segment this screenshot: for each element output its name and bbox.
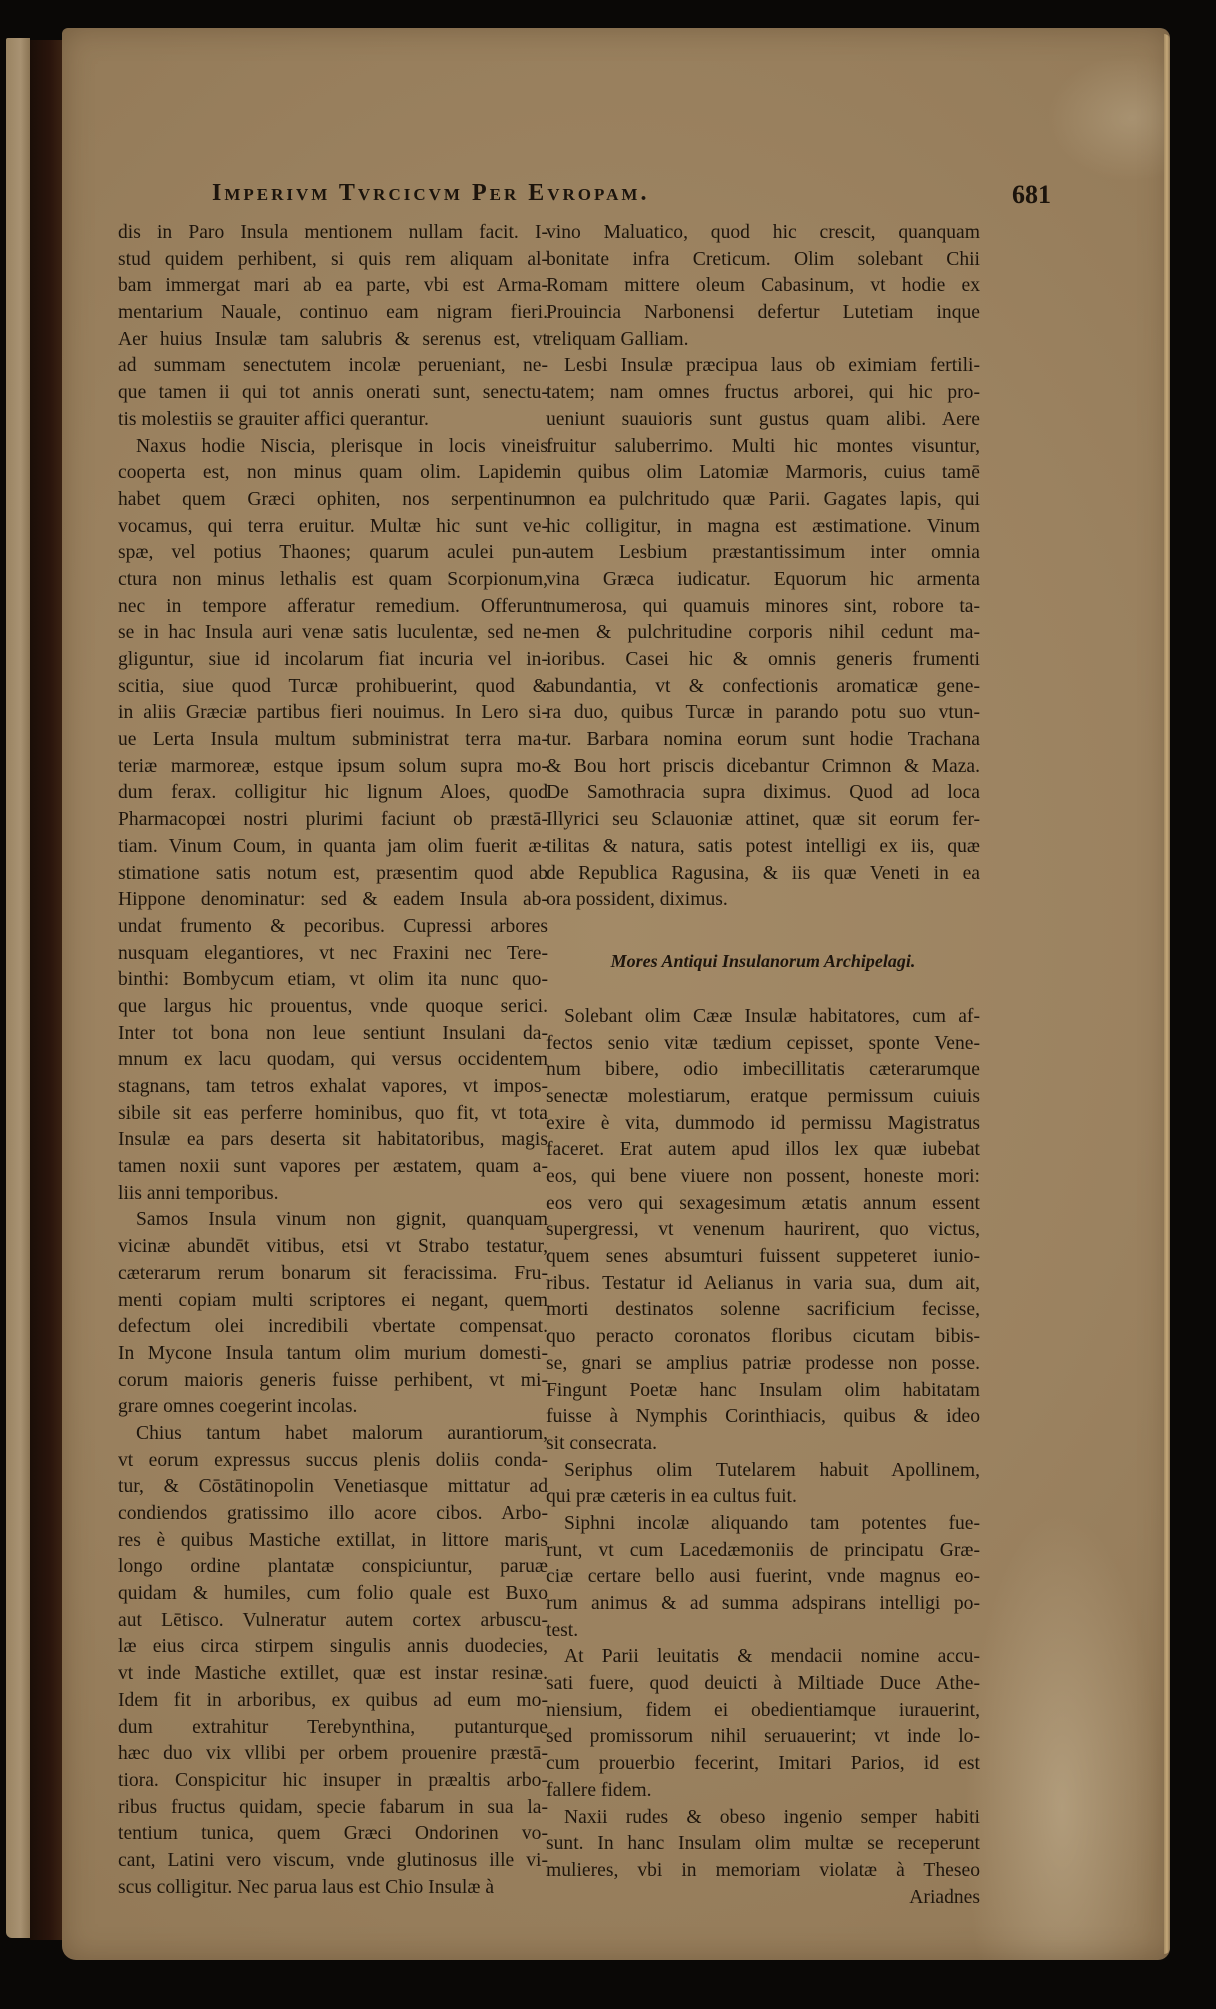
text-line: qui præ cæteris in ea cultus fuit. — [546, 1484, 980, 1511]
text-line: cant, Latini vero viscum, vnde glutinosu… — [118, 1848, 548, 1875]
text-line: De Samothracia supra diximus. Quod ad lo… — [546, 780, 980, 807]
catchword: Ariadnes — [546, 1885, 980, 1912]
text-line: ciæ certare bello ausi fuerint, vnde mag… — [546, 1564, 980, 1591]
text-line: de Republica Ragusina, & iis quæ Veneti … — [546, 861, 980, 888]
text-line: & Bou hort priscis dicebantur Crimnon & … — [546, 754, 980, 781]
text-line: aut Lētisco. Vulneratur autem cortex arb… — [118, 1608, 548, 1635]
text-line: stagnans, tam tetros exhalat vapores, vt… — [118, 1074, 548, 1101]
text-line: ueniunt suauioris sunt gustus quam alibi… — [546, 407, 980, 434]
text-line: cum prouerbio fecerint, Imitari Parios, … — [546, 1751, 980, 1778]
text-line: stimatione satis notum est, præsentim qu… — [118, 861, 548, 888]
text-line: stud quidem perhibent, si quis rem aliqu… — [118, 247, 548, 274]
text-line: num bibere, odio imbecillitatis cæteraru… — [546, 1057, 980, 1084]
text-line: ioribus. Casei hic & omnis generis frume… — [546, 647, 980, 674]
text-line: liis anni temporibus. — [118, 1181, 548, 1208]
text-line: tiam. Vinum Coum, in quanta jam olim fue… — [118, 834, 548, 861]
left-text-column: dis in Paro Insula mentionem nullam faci… — [118, 220, 548, 1901]
text-line: vina Græca iudicatur. Equorum hic arment… — [546, 567, 980, 594]
page-number: 681 — [1012, 180, 1051, 210]
text-line: tiora. Conspicitur hic insuper in præalt… — [118, 1768, 548, 1795]
text-line: quidam & humiles, cum folio quale est Bu… — [118, 1581, 548, 1608]
text-line: Pharmacopœi nostri plurimi faciunt ob pr… — [118, 807, 548, 834]
text-line: Seriphus olim Tutelarem habuit Apollinem… — [546, 1458, 980, 1485]
book-gutter — [30, 40, 64, 1940]
text-line: Samos Insula vinum non gignit, quanquam — [118, 1207, 548, 1234]
text-line: spæ, vel potius Thaones; quarum aculei p… — [118, 540, 548, 567]
text-line: eos, qui bene viuere non possent, honest… — [546, 1164, 980, 1191]
text-line: nec in tempore afferatur remedium. Offer… — [118, 594, 548, 621]
text-line: sati fuere, quod deuicti à Miltiade Duce… — [546, 1671, 980, 1698]
text-line: test. — [546, 1618, 980, 1645]
text-line: ad summam senectutem incolæ perueniant, … — [118, 353, 548, 380]
text-line: binthi: Bombycum etiam, vt olim ita nunc… — [118, 967, 548, 994]
text-line: dum ferax. colligitur hic lignum Aloes, … — [118, 780, 548, 807]
text-line: reliquam Galliam. — [546, 327, 980, 354]
text-line: que tamen ii qui tot annis onerati sunt,… — [118, 380, 548, 407]
text-line: tis molestiis se grauiter affici querant… — [118, 407, 548, 434]
text-line: Romam mittere oleum Cabasinum, vt hodie … — [546, 273, 980, 300]
text-line: mentarium Nauale, continuo eam nigram fi… — [118, 300, 548, 327]
text-line: Naxii rudes & obeso ingenio semper habit… — [546, 1805, 980, 1832]
text-line: bonitate infra Creticum. Olim solebant C… — [546, 247, 980, 274]
page-fore-edge — [1164, 34, 1170, 1954]
text-line: condiendos gratissimo illo acore cibos. … — [118, 1501, 548, 1528]
text-line: tur, & Cōstātinopolin Venetiasque mittat… — [118, 1474, 548, 1501]
text-line: tamen noxii sunt vapores per æstatem, qu… — [118, 1154, 548, 1181]
text-line: se in hac Insula auri venæ satis luculen… — [118, 620, 548, 647]
text-line: Aer huius Insulæ tam salubris & serenus … — [118, 327, 548, 354]
previous-page-edge — [6, 38, 30, 1938]
text-line: faceret. Erat autem apud illos lex quæ i… — [546, 1137, 980, 1164]
right-column-lower-text: Solebant olim Cææ Insulæ habitatores, cu… — [546, 1004, 980, 1885]
text-line: se, gnari se amplius patriæ prodesse non… — [546, 1351, 980, 1378]
text-line: tilitas & natura, satis potest intelligi… — [546, 834, 980, 861]
text-line: Prouincia Narbonensi defertur Lutetiam i… — [546, 300, 980, 327]
text-line: bam immergat mari ab ea parte, vbi est A… — [118, 273, 548, 300]
text-line: cæterarum rerum bonarum sit feracissima.… — [118, 1261, 548, 1288]
text-line: Solebant olim Cææ Insulæ habitatores, cu… — [546, 1004, 980, 1031]
running-head: Imperivm Tvrcicvm Per Evropam. — [212, 180, 1032, 210]
text-line: ctura non minus lethalis est quam Scorpi… — [118, 567, 548, 594]
text-line: supergressi, vt venenum haurirent, quo v… — [546, 1217, 980, 1244]
text-line: vino Maluatico, quod hic crescit, quanqu… — [546, 220, 980, 247]
text-line: non ea pulchritudo quæ Parii. Gagates la… — [546, 487, 980, 514]
text-line: At Parii leuitatis & mendacii nomine acc… — [546, 1644, 980, 1671]
text-line: undat frumento & pecoribus. Cupressi arb… — [118, 914, 548, 941]
text-line: exire è vita, dummodo id permissu Magist… — [546, 1111, 980, 1138]
text-line: vicinæ abundēt vitibus, etsi vt Strabo t… — [118, 1234, 548, 1261]
text-line: dum extrahitur Terebynthina, putanturque — [118, 1715, 548, 1742]
text-line: In Mycone Insula tantum olim murium dome… — [118, 1341, 548, 1368]
right-column-upper-text: vino Maluatico, quod hic crescit, quanqu… — [546, 220, 980, 914]
text-line: tur. Barbara nomina eorum sunt hodie Tra… — [546, 727, 980, 754]
text-line: ue Lerta Insula multum subministrat terr… — [118, 727, 548, 754]
text-line: quem senes absumturi fuissent suppeteret… — [546, 1244, 980, 1271]
text-line: Siphni incolæ aliquando tam potentes fue… — [546, 1511, 980, 1538]
text-line: autem Lesbium præstantissimum inter omni… — [546, 540, 980, 567]
text-line: Idem fit in arboribus, ex quibus ad eum … — [118, 1688, 548, 1715]
text-line: ribus fructus quidam, specie fabarum in … — [118, 1795, 548, 1822]
text-line: læ eius circa stirpem singulis annis duo… — [118, 1634, 548, 1661]
text-line: quo peracto coronatos floribus cicutam b… — [546, 1324, 980, 1351]
text-line: nusquam elegantiores, vt nec Fraxini nec… — [118, 941, 548, 968]
text-line: Hippone denominatur: sed & eadem Insula … — [118, 887, 548, 914]
text-line: ra duo, quibus Turcæ in parando potu suo… — [546, 700, 980, 727]
text-line: gliguntur, siue id incolarum fiat incuri… — [118, 647, 548, 674]
text-line: fectos senio vitæ tædium cepisset, spont… — [546, 1031, 980, 1058]
text-line: Fingunt Poetæ hanc Insulam olim habitata… — [546, 1378, 980, 1405]
text-line: defectum olei incredibili vbertate compe… — [118, 1314, 548, 1341]
text-line: in quibus olim Latomiæ Marmoris, cuius t… — [546, 460, 980, 487]
text-line: corum maioris generis fuisse perhibent, … — [118, 1368, 548, 1395]
text-line: niensium, fidem ei obedientiamque iuraue… — [546, 1698, 980, 1725]
text-line: menti copiam multi scriptores ei negant,… — [118, 1288, 548, 1315]
text-line: hic colligitur, in magna est æstimatione… — [546, 514, 980, 541]
text-line: men & pulchritudine corporis nihil cedun… — [546, 620, 980, 647]
right-text-column: vino Maluatico, quod hic crescit, quanqu… — [546, 220, 980, 1911]
section-heading: Mores Antiqui Insulanorum Archipelagi. — [546, 948, 980, 974]
text-line: habet quem Græci ophiten, nos serpentinu… — [118, 487, 548, 514]
text-line: senectæ molestiarum, eratque permissum c… — [546, 1084, 980, 1111]
text-line: ora possident, diximus. — [546, 887, 980, 914]
text-line: longo ordine plantatæ conspiciuntur, par… — [118, 1554, 548, 1581]
text-line: sed promissorum nihil seruauerint; vt in… — [546, 1724, 980, 1751]
text-line: Inter tot bona non leue sentiunt Insulan… — [118, 1021, 548, 1048]
text-line: Chius tantum habet malorum aurantiorum, — [118, 1421, 548, 1448]
text-line: rum animus & ad summa adspirans intellig… — [546, 1591, 980, 1618]
text-line: Insulæ ea pars deserta sit habitatoribus… — [118, 1127, 548, 1154]
text-line: numerosa, qui quamuis minores sint, robo… — [546, 594, 980, 621]
text-line: mnum ex lacu quodam, qui versus occident… — [118, 1047, 548, 1074]
text-line: dis in Paro Insula mentionem nullam faci… — [118, 220, 548, 247]
text-line: hæc duo vix vllibi per orbem prouenire p… — [118, 1741, 548, 1768]
text-line: vt inde Mastiche extillet, quæ est insta… — [118, 1661, 548, 1688]
text-line: sunt. In hanc Insulam olim multæ se rece… — [546, 1831, 980, 1858]
text-line: vocamus, qui terra eruitur. Multæ hic su… — [118, 514, 548, 541]
text-line: in aliis Græciæ partibus fieri nouimus. … — [118, 700, 548, 727]
text-line: grare omnes coegerint incolas. — [118, 1394, 548, 1421]
text-line: que largus hic prouentus, vnde quoque se… — [118, 994, 548, 1021]
text-line: fuisse à Nymphis Corinthiacis, quibus & … — [546, 1404, 980, 1431]
text-line: fallere fidem. — [546, 1778, 980, 1805]
text-line: teriæ marmoreæ, estque ipsum solum supra… — [118, 754, 548, 781]
book-page: Imperivm Tvrcicvm Per Evropam. 681 dis i… — [62, 28, 1170, 1960]
text-line: tatem; nam omnes fructus arborei, qui hi… — [546, 380, 980, 407]
text-line: vt eorum expressus succus plenis doliis … — [118, 1448, 548, 1475]
text-line: fruitur saluberrimo. Multi hic montes vi… — [546, 434, 980, 461]
text-line: mulieres, vbi in memoriam violatæ à Thes… — [546, 1858, 980, 1885]
text-line: morti destinatos solenne sacrificium fec… — [546, 1297, 980, 1324]
text-line: Naxus hodie Niscia, plerisque in locis v… — [118, 434, 548, 461]
text-line: eos vero qui sexagesimum ætatis annum es… — [546, 1191, 980, 1218]
text-line: tentium tunica, quem Græci Ondorinen vo- — [118, 1821, 548, 1848]
text-line: Lesbi Insulæ præcipua laus ob eximiam fe… — [546, 353, 980, 380]
text-line: runt, vt cum Lacedæmoniis de principatu … — [546, 1538, 980, 1565]
text-line: ribus. Testatur id Aelianus in varia sua… — [546, 1271, 980, 1298]
text-line: abundantia, vt & confectionis aromaticæ … — [546, 674, 980, 701]
text-line: sibile sit eas perferre hominibus, quo f… — [118, 1101, 548, 1128]
text-line: res è quibus Mastiche extillat, in litto… — [118, 1528, 548, 1555]
text-line: scus colligitur. Nec parua laus est Chio… — [118, 1875, 548, 1902]
text-line: Illyrici seu Sclauoniæ attinet, quæ sit … — [546, 807, 980, 834]
text-line: sit consecrata. — [546, 1431, 980, 1458]
text-line: cooperta est, non minus quam olim. Lapid… — [118, 460, 548, 487]
text-line: scitia, siue quod Turcæ prohibuerint, qu… — [118, 674, 548, 701]
